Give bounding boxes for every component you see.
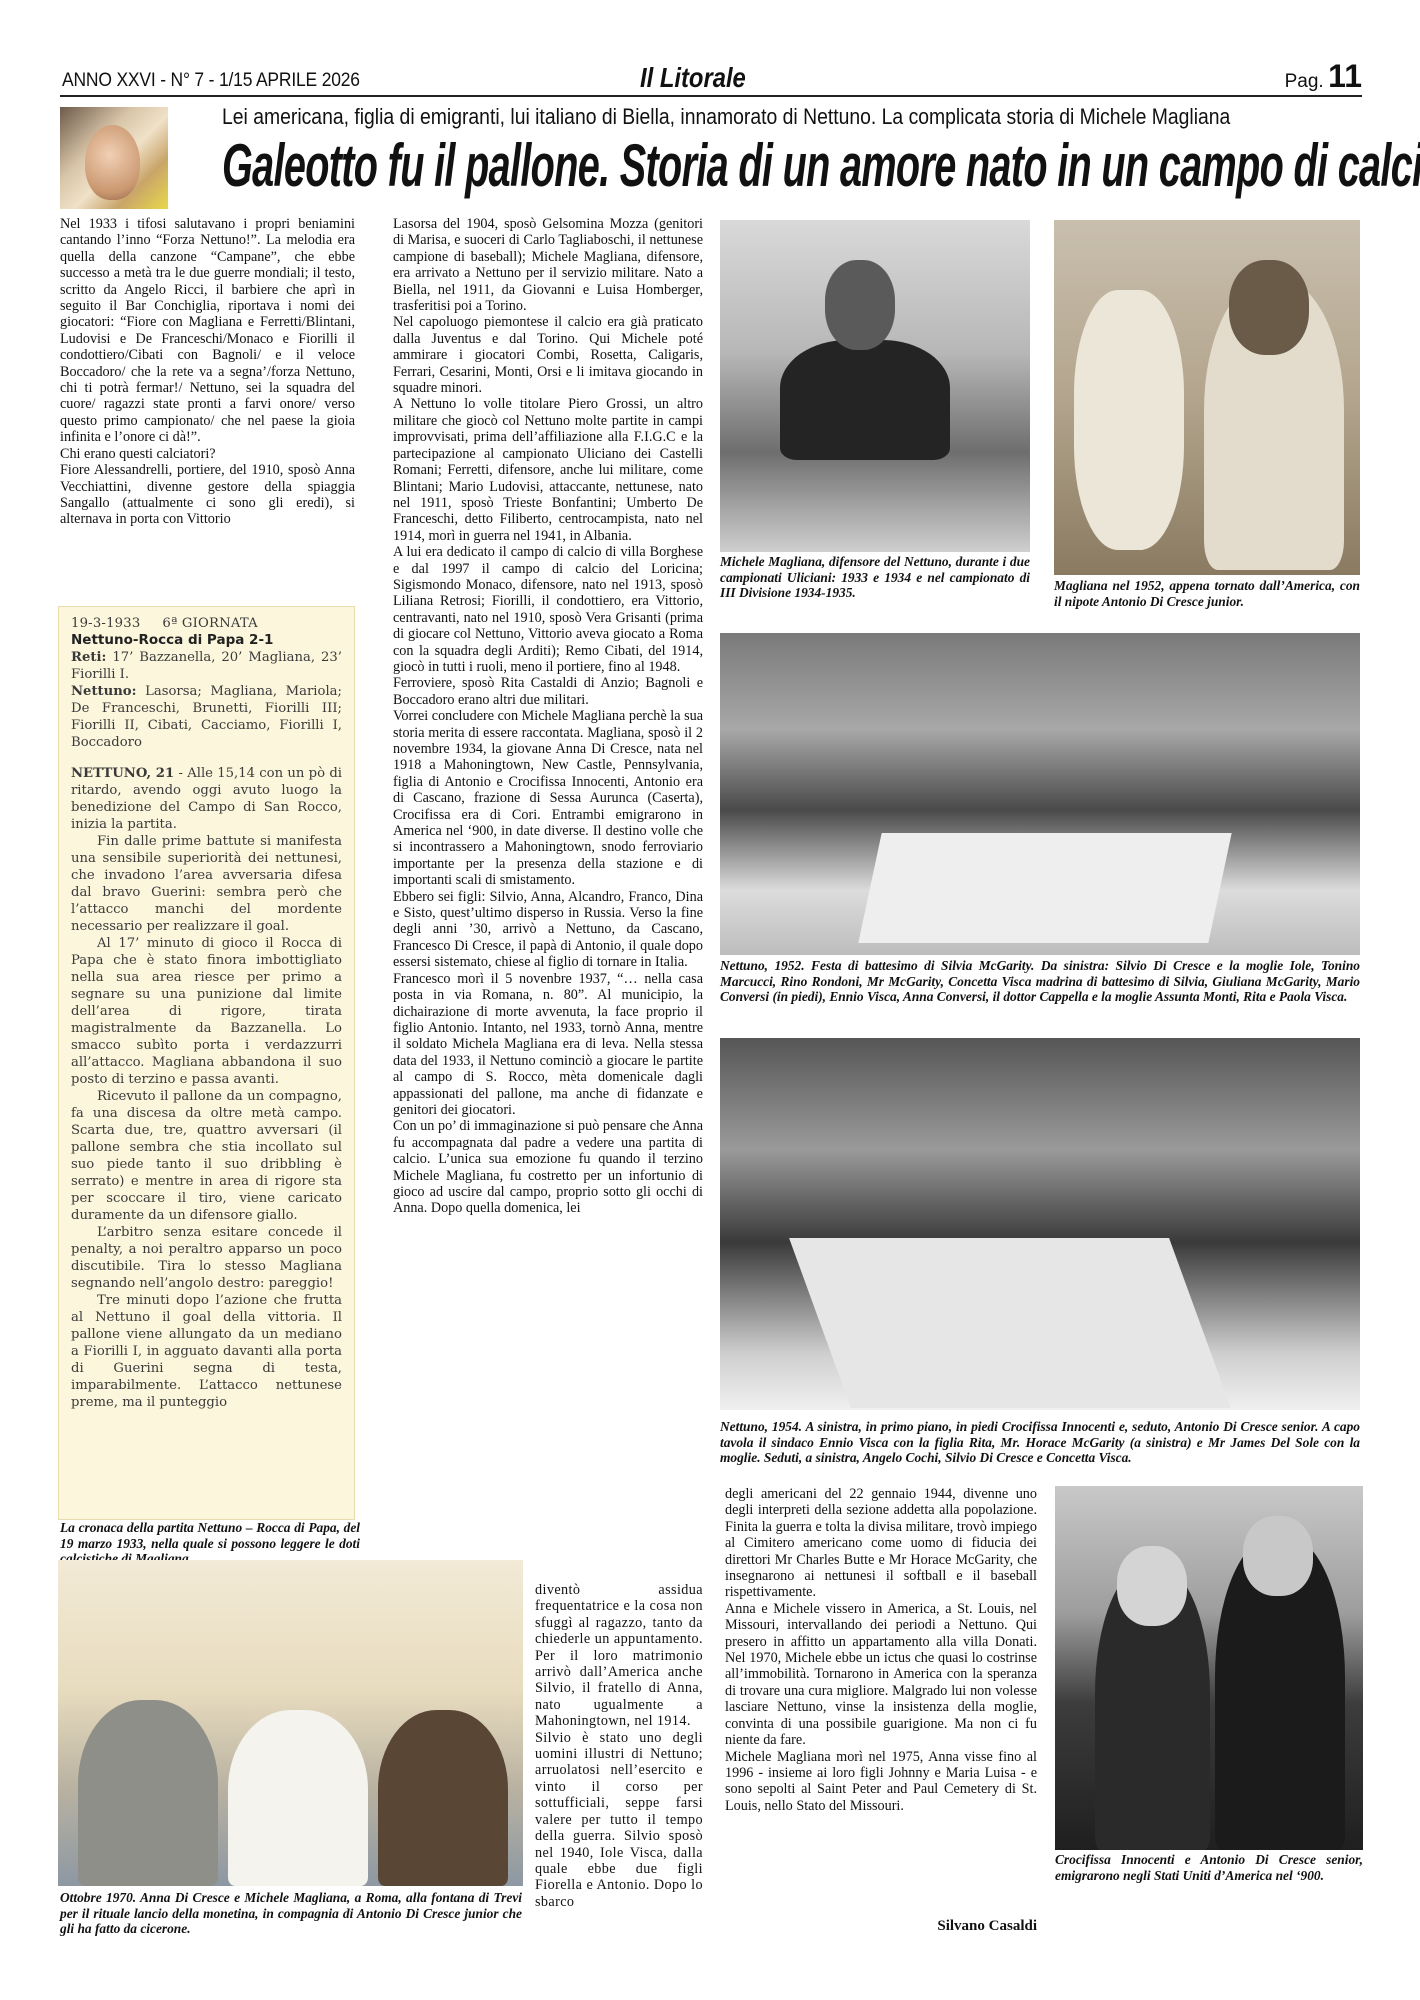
header-rule bbox=[60, 95, 1362, 97]
clipping-lineup: Nettuno: Lasorsa; Magliana, Mariola; De … bbox=[71, 683, 342, 751]
issue-info: ANNO XXVI - N° 7 - 1/15 APRILE 2026 bbox=[62, 70, 360, 92]
goals-value: 17’ Bazzanella, 20’ Magliana, 23’ Fioril… bbox=[71, 650, 342, 682]
paragraph: Anna e Michele vissero in America, a St.… bbox=[725, 1601, 1037, 1749]
paragraph: Lasorsa del 1904, sposò Gelsomina Mozza … bbox=[393, 216, 703, 314]
clipping-round: 6ª GIORNATA bbox=[162, 616, 257, 631]
article-column-1: Nel 1933 i tifosi salutavano i propri be… bbox=[60, 216, 355, 528]
author-photo bbox=[60, 107, 168, 209]
masthead: Il Litorale bbox=[640, 62, 746, 94]
magliana-1952-caption: Magliana nel 1952, appena tornato dall’A… bbox=[1054, 578, 1360, 609]
dinner-1954-caption: Nettuno, 1954. A sinistra, in primo pian… bbox=[720, 1419, 1360, 1466]
paragraph: Fiore Alessandrelli, portiere, del 1910,… bbox=[60, 462, 355, 528]
paragraph: Con un po’ di immaginazione si può pensa… bbox=[393, 1118, 703, 1216]
clipping-paragraph: Fin dalle prime battute si manifesta una… bbox=[71, 833, 342, 935]
photo-baptism-party-1952 bbox=[720, 633, 1360, 955]
clipping-paragraph: Ricevuto il pallone da un compagno, fa u… bbox=[71, 1088, 342, 1224]
paragraph: Michele Magliana morì nel 1975, Anna vis… bbox=[725, 1749, 1037, 1815]
article-column-3: degli americani del 22 gennaio 1944, div… bbox=[725, 1486, 1037, 1814]
clipping-date: 19-3-1933 bbox=[71, 616, 140, 631]
clipping-match-title: Nettuno-Rocca di Papa 2-1 bbox=[71, 632, 342, 649]
clipping-paragraph: L’arbitro senza esitare concede il penal… bbox=[71, 1224, 342, 1292]
paragraph: Chi erano questi calciatori? bbox=[60, 446, 355, 462]
article-column-2-continued: diventò assidua frequentatrice e la cosa… bbox=[535, 1582, 703, 1910]
photo-trevi-1970 bbox=[58, 1560, 523, 1886]
page-number: Pag. 11 bbox=[1285, 58, 1362, 95]
magliana-player-caption: Michele Magliana, difensore del Nettuno,… bbox=[720, 554, 1030, 601]
clipping-dateline: NETTUNO, 21 bbox=[71, 766, 174, 781]
trevi-caption: Ottobre 1970. Anna Di Cresce e Michele M… bbox=[60, 1890, 522, 1937]
page-label: Pag. bbox=[1285, 71, 1324, 92]
paragraph: Vorrei concludere con Michele Magliana p… bbox=[393, 708, 703, 888]
paragraph: degli americani del 22 gennaio 1944, div… bbox=[725, 1486, 1037, 1601]
match-report-clipping: 19-3-1933 6ª GIORNATA Nettuno-Rocca di P… bbox=[58, 606, 355, 1520]
author-byline: Silvano Casaldi bbox=[725, 1918, 1037, 1935]
photo-magliana-1952 bbox=[1054, 220, 1360, 575]
paragraph: A Nettuno lo volle titolare Piero Grossi… bbox=[393, 396, 703, 544]
photo-magliana-player bbox=[720, 220, 1030, 552]
article-column-2: Lasorsa del 1904, sposò Gelsomina Mozza … bbox=[393, 216, 703, 1217]
page-number-value: 11 bbox=[1328, 58, 1362, 94]
paragraph: Francesco morì il 5 novenbre 1937, “… ne… bbox=[393, 971, 703, 1119]
article-headline: Galeotto fu il pallone. Storia di un amo… bbox=[222, 136, 1420, 196]
photo-elderly-couple bbox=[1055, 1486, 1363, 1850]
article-kicker: Lei americana, figlia di emigranti, lui … bbox=[222, 104, 1230, 130]
goals-label: Reti: bbox=[71, 650, 106, 665]
paragraph: Ferroviere, sposò Rita Castaldi di Anzio… bbox=[393, 675, 703, 708]
clipping-lead: NETTUNO, 21 - Alle 15,14 con un pò di ri… bbox=[71, 765, 342, 833]
paragraph: diventò assidua frequentatrice e la cosa… bbox=[535, 1582, 703, 1730]
paragraph: Silvio è stato uno degli uomini illustri… bbox=[535, 1730, 703, 1910]
paragraph: Nel capoluogo piemontese il calcio era g… bbox=[393, 314, 703, 396]
clipping-date-line: 19-3-1933 6ª GIORNATA bbox=[71, 615, 342, 632]
photo-dinner-1954 bbox=[720, 1038, 1360, 1410]
baptism-party-caption: Nettuno, 1952. Festa di battesimo di Sil… bbox=[720, 958, 1360, 1005]
paragraph: Nel 1933 i tifosi salutavano i propri be… bbox=[60, 216, 355, 446]
couple-caption: Crocifissa Innocenti e Antonio Di Cresce… bbox=[1055, 1852, 1363, 1883]
clipping-paragraph: Tre minuti dopo l’azione che frutta al N… bbox=[71, 1292, 342, 1411]
paragraph: Ebbero sei figli: Silvio, Anna, Alcandro… bbox=[393, 889, 703, 971]
lineup-label: Nettuno: bbox=[71, 684, 136, 699]
clipping-goals: Reti: 17’ Bazzanella, 20’ Magliana, 23’ … bbox=[71, 649, 342, 683]
clipping-paragraph: Al 17’ minuto di gioco il Rocca di Papa … bbox=[71, 935, 342, 1088]
paragraph: A lui era dedicato il campo di calcio di… bbox=[393, 544, 703, 675]
